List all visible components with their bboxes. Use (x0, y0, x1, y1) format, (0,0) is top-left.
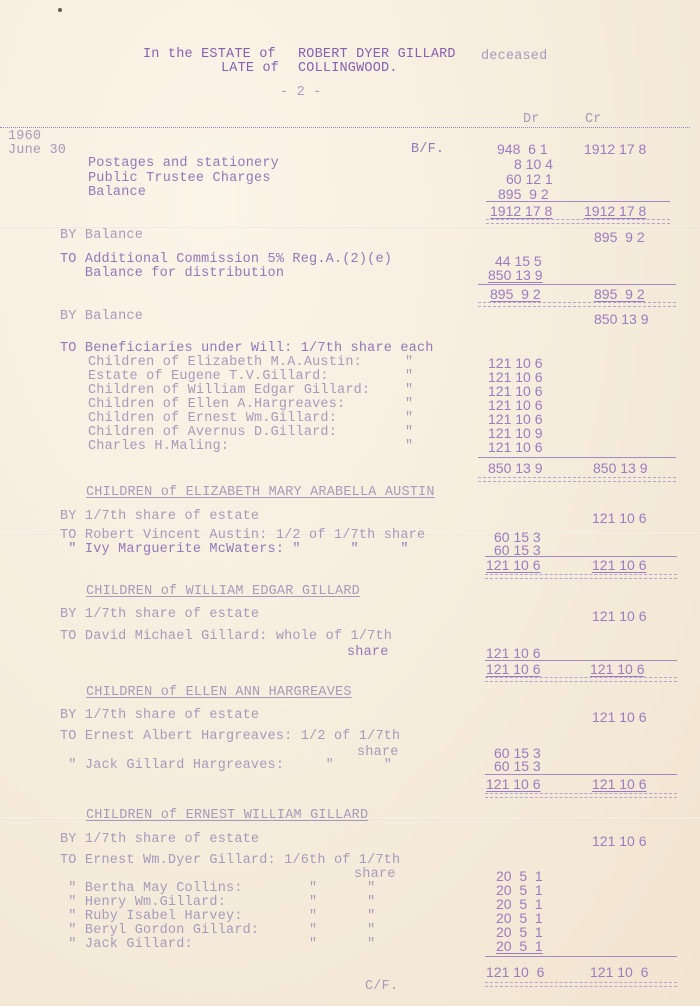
to-line-cont: share (354, 867, 396, 882)
column-dr: Dr (523, 112, 540, 127)
to-line: TO Ernest Albert Hargreaves: 1/2 of 1/7t… (60, 729, 400, 744)
by-share-cr: 121 10 6 (592, 511, 647, 526)
total-dr: 121 10 6 (486, 662, 541, 677)
row-label: Balance for distribution (60, 266, 284, 281)
row-dr: 8 10 4 (514, 157, 553, 172)
beneficiary-label: Estate of Eugene T.V.Gillard: (88, 369, 329, 384)
to-dr: 121 10 6 (486, 646, 541, 661)
total-cr: 1912 17 8 (584, 204, 646, 219)
double-rule (485, 677, 677, 682)
by-share-cr: 121 10 6 (592, 834, 647, 849)
header-rule (0, 127, 690, 128)
by-share-label: BY 1/7th share of estate (60, 708, 259, 723)
total-dr: 121 10 6 (486, 965, 544, 980)
beneficiary-label: Charles H.Maling: (88, 439, 229, 454)
by-balance-cr: 895 9 2 (594, 230, 645, 245)
bf-dr: 948 6 1 (497, 142, 548, 157)
subtotal-rule (485, 956, 677, 957)
ditto-mark: " (405, 439, 413, 454)
ditto-mark: " (405, 411, 413, 426)
beneficiary-label: Children of Elizabeth M.A.Austin: (88, 355, 362, 370)
section-title: CHILDREN of ELIZABETH MARY ARABELLA AUST… (86, 485, 435, 500)
row-dr: 20 5 1 (496, 939, 543, 954)
date-day: June 30 (8, 143, 66, 158)
total-cr: 121 10 6 (592, 558, 647, 573)
column-cr: Cr (585, 112, 602, 127)
by-share-cr: 121 10 6 (592, 710, 647, 725)
subtotal-rule (485, 774, 677, 775)
ditto-mark: " (405, 383, 413, 398)
by-balance-label: BY Balance (60, 309, 143, 324)
page-number: - 2 - (280, 85, 322, 100)
double-rule (485, 793, 677, 798)
total-cr: 121 10 6 (590, 965, 648, 980)
ditto-mark: " (405, 397, 413, 412)
ditto-mark: " (405, 355, 413, 370)
by-share-label: BY 1/7th share of estate (60, 607, 259, 622)
row-label: " Beryl Gordon Gillard: " " (60, 923, 375, 938)
by-share-label: BY 1/7th share of estate (60, 509, 259, 524)
total-cr: 121 10 6 (590, 662, 645, 677)
double-rule (485, 574, 677, 579)
by-share-label: BY 1/7th share of estate (60, 832, 259, 847)
double-rule (478, 302, 676, 307)
staple-hole (58, 8, 62, 12)
total-cr: 895 9 2 (594, 287, 645, 302)
row-label: TO Robert Vincent Austin: 1/2 of 1/7th s… (60, 528, 425, 543)
to-line-cont: share (347, 645, 389, 660)
row-label: TO Additional Commission 5% Reg.A.(2)(e) (60, 252, 392, 267)
total-dr: 895 9 2 (490, 287, 541, 302)
ditto-mark: " (405, 369, 413, 384)
double-rule (478, 477, 676, 482)
bf-label: B/F. (411, 142, 444, 157)
subtotal-rule (478, 284, 676, 285)
subtotal-rule (478, 457, 676, 458)
row-label: " Jack Gillard: " " (60, 937, 375, 952)
ledger-page: In the ESTATE of ROBERT DYER GILLARD dec… (0, 0, 700, 1006)
row-label: " Henry Wm.Gillard: " " (60, 895, 375, 910)
beneficiary-label: Children of Avernus D.Gillard: (88, 425, 337, 440)
header-suffix: deceased (481, 49, 547, 64)
total-cr: 850 13 9 (593, 461, 648, 476)
header-late-of: LATE of (221, 61, 279, 76)
deceased-name: ROBERT DYER GILLARD (298, 47, 456, 62)
row-dr: 60 15 3 (494, 759, 541, 774)
to-line: TO Ernest Wm.Dyer Gillard: 1/6th of 1/7t… (60, 853, 400, 868)
to-line: TO David Michael Gillard: whole of 1/7th (60, 629, 392, 644)
row-label: " Jack Gillard Hargreaves: " " (60, 758, 392, 773)
total-dr: 121 10 6 (486, 777, 541, 792)
by-balance-label: BY Balance (60, 228, 143, 243)
double-rule (486, 219, 670, 224)
total-dr: 1912 17 8 (490, 204, 552, 219)
section-title: CHILDREN of ERNEST WILLIAM GILLARD (86, 808, 368, 823)
row-label: Public Trustee Charges (88, 171, 271, 186)
beneficiary-label: Children of Ernest Wm.Gillard: (88, 411, 337, 426)
row-label: " Ruby Isabel Harvey: " " (60, 909, 375, 924)
row-label: " Ivy Marguerite McWaters: " " " (60, 542, 409, 557)
row-label: Balance (88, 185, 146, 200)
place-name: COLLINGWOOD. (298, 61, 398, 76)
row-label: Postages and stationery (88, 156, 279, 171)
row-dr: 895 9 2 (498, 187, 549, 202)
total-dr: 121 10 6 (486, 558, 541, 573)
section-title: CHILDREN of ELLEN ANN HARGREAVES (86, 685, 352, 700)
bf-cr: 1912 17 8 (584, 142, 646, 157)
cf-label: C/F. (365, 979, 398, 994)
row-dr: 60 12 1 (506, 172, 553, 187)
double-rule (485, 982, 677, 987)
beneficiary-label: Children of William Edgar Gillard: (88, 383, 370, 398)
section-title: CHILDREN of WILLIAM EDGAR GILLARD (86, 584, 360, 599)
header-prefix: In the ESTATE of (143, 47, 276, 62)
ditto-mark: " (405, 425, 413, 440)
by-share-cr: 121 10 6 (592, 609, 647, 624)
total-cr: 121 10 6 (592, 777, 647, 792)
beneficiaries-heading: TO Beneficiaries under Will: 1/7th share… (60, 341, 434, 356)
subtotal-rule (486, 201, 670, 202)
row-dr: 850 13 9 (488, 268, 543, 283)
beneficiary-dr: 121 10 6 (488, 440, 543, 455)
date-year: 1960 (8, 129, 41, 144)
beneficiary-label: Children of Ellen A.Hargreaves: (88, 397, 345, 412)
total-dr: 850 13 9 (488, 461, 543, 476)
row-label: " Bertha May Collins: " " (60, 881, 375, 896)
by-balance-cr: 850 13 9 (594, 312, 649, 327)
